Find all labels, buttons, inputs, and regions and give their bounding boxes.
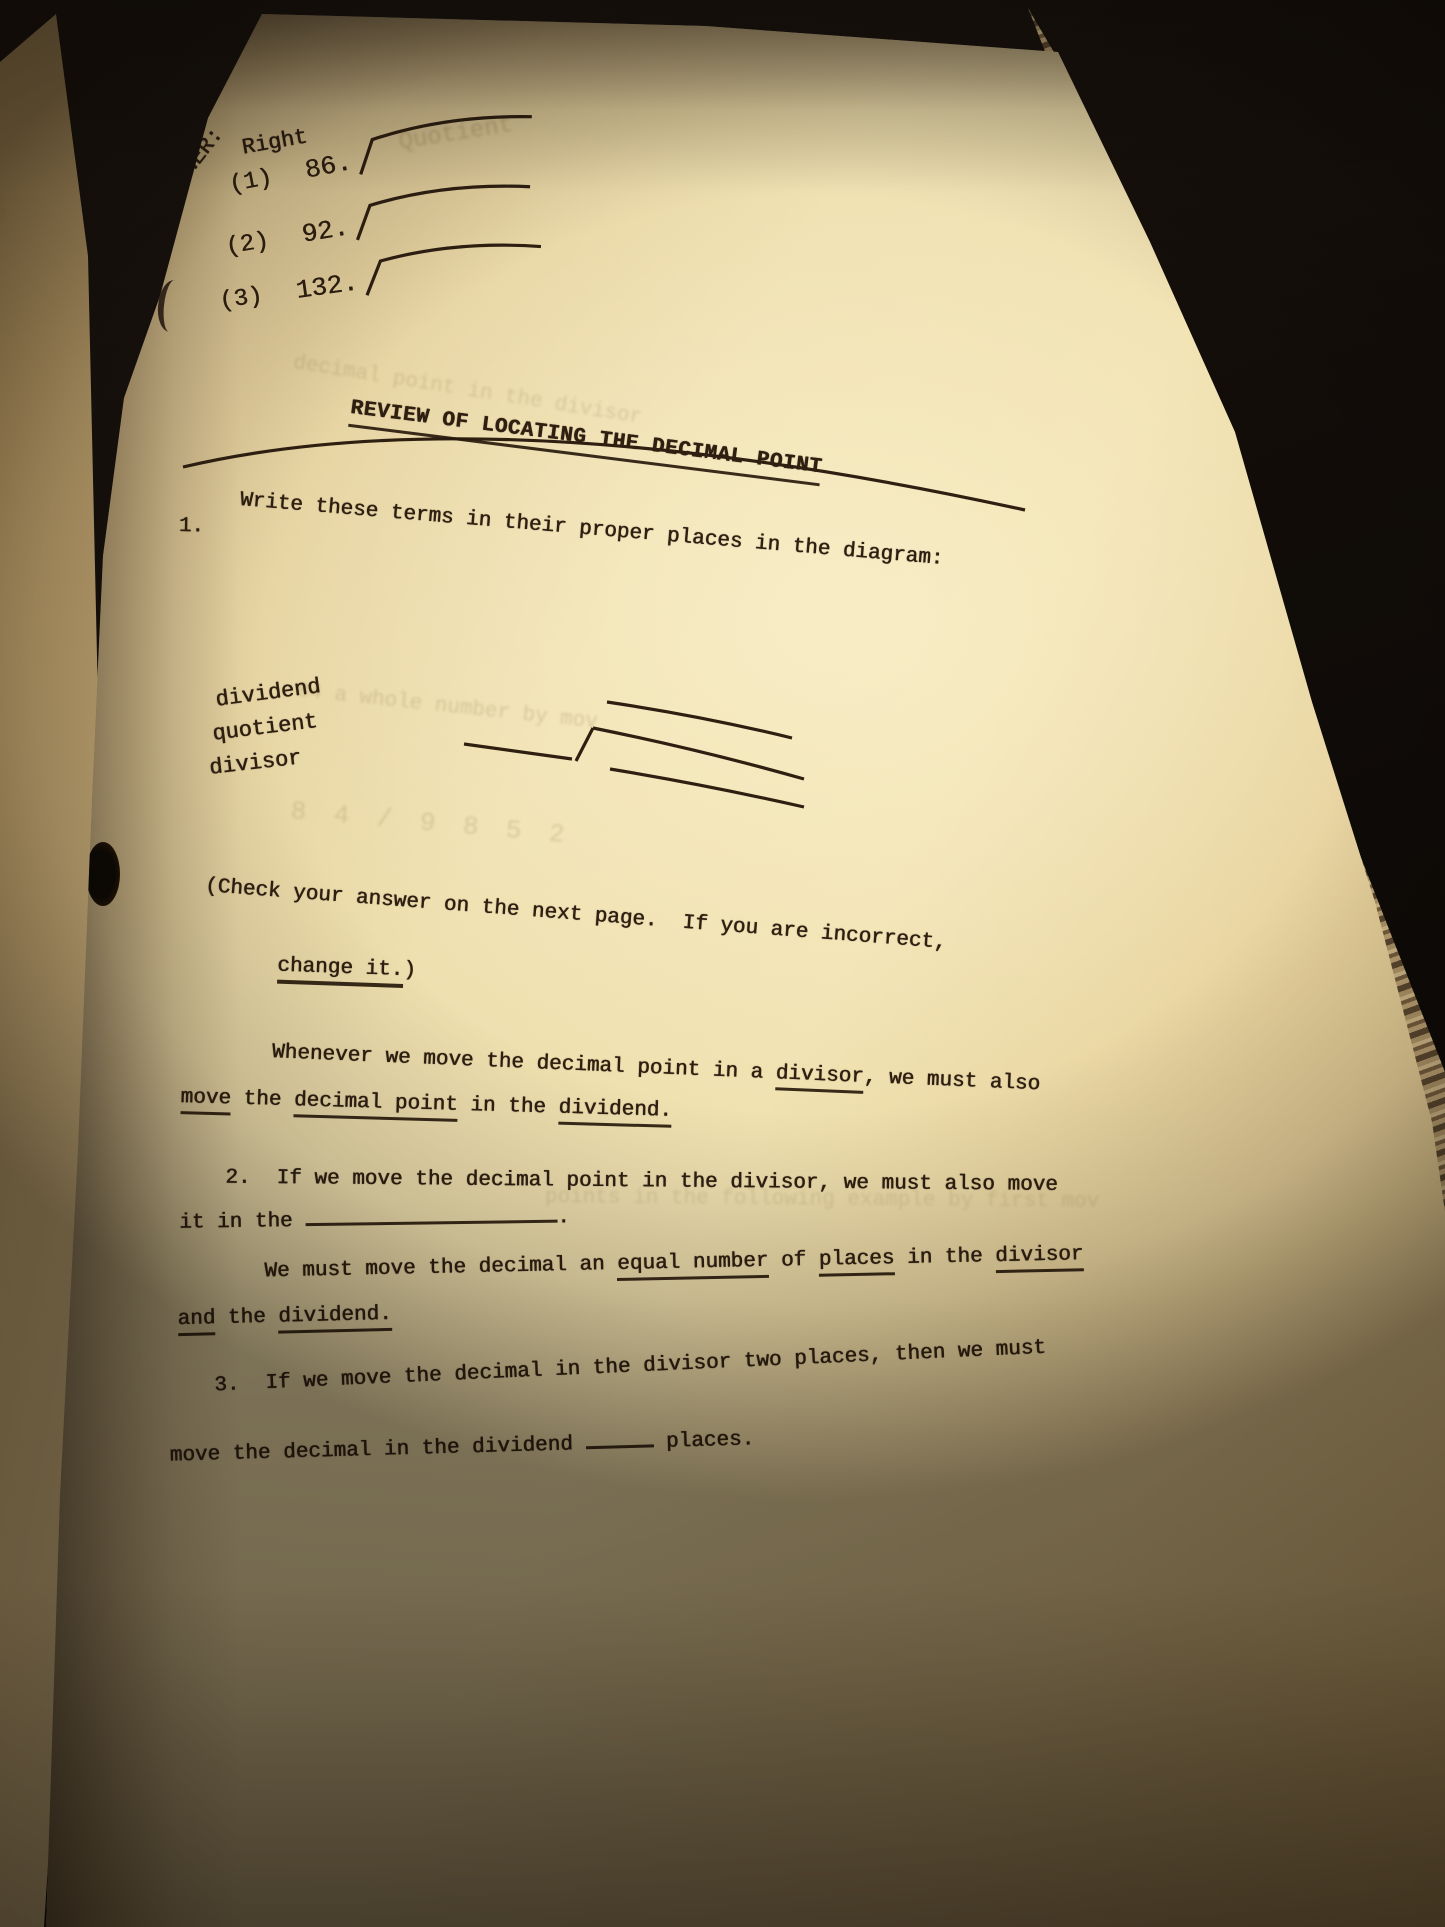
answer-number: (2) (224, 227, 271, 261)
quotient-blank-line (607, 702, 792, 738)
dividend-blank-line (610, 769, 804, 807)
p1-text: the (231, 1088, 295, 1113)
worksheet-page: Quotient decimal point in the divisor 84… (0, 0, 1445, 1927)
paragraph-1-line-2: move the decimal point in the dividend. (104, 1058, 673, 1149)
answer-divisor: 92. (300, 212, 351, 249)
top-edge-shadow (0, 0, 1445, 110)
p2-text: the (215, 1306, 279, 1331)
question-1-number: 1. (179, 514, 205, 540)
question-3-text: move the decimal in the dividend (169, 1433, 585, 1468)
division-slash (576, 728, 593, 761)
p2-text: in the (894, 1245, 995, 1270)
p2-underlined-divisor: divisor (995, 1243, 1084, 1273)
p2-underlined-and: and (177, 1307, 215, 1336)
p1-underlined-decimal-point: decimal point (293, 1089, 458, 1122)
p1-underlined-dividend: dividend. (558, 1097, 672, 1128)
divisor-blank-line (464, 744, 572, 759)
question-2-text: it in the (179, 1210, 305, 1235)
question-3-text: places. (653, 1429, 754, 1455)
answer-blank-line (585, 1428, 654, 1450)
question-3-text: If we move the decimal in the divisor tw… (265, 1337, 1047, 1395)
p2-underlined-equal-number: equal number (617, 1250, 769, 1281)
binding-hole (86, 842, 120, 906)
p2-text: of (768, 1249, 819, 1273)
division-bracket (350, 98, 540, 178)
answer-number: (1) (227, 164, 275, 199)
answer-divisor: 132. (294, 268, 360, 306)
p1-text: in the (457, 1094, 558, 1120)
p1-text: , we must also (863, 1066, 1040, 1096)
division-diagram (452, 682, 822, 822)
answer-blank-line (305, 1203, 557, 1226)
check-note-underlined: change it. (277, 955, 404, 988)
question-2-text: . (557, 1206, 570, 1229)
answer-divisor: 86. (302, 147, 354, 185)
check-note-closing: ) (403, 959, 416, 982)
answer-number: (3) (218, 282, 265, 315)
p2-underlined-dividend: dividend. (278, 1303, 392, 1334)
book-photo-scene: ANSWER Quotient decimal point in the div… (0, 0, 1445, 1927)
check-note-line-2: change it.) (200, 926, 417, 1009)
p1-underlined-move: move (180, 1086, 231, 1115)
spacer (240, 1388, 266, 1389)
p2-underlined-places: places (819, 1247, 895, 1277)
p1-underlined-divisor: divisor (775, 1062, 864, 1094)
question-3-number: 3. (214, 1374, 240, 1398)
